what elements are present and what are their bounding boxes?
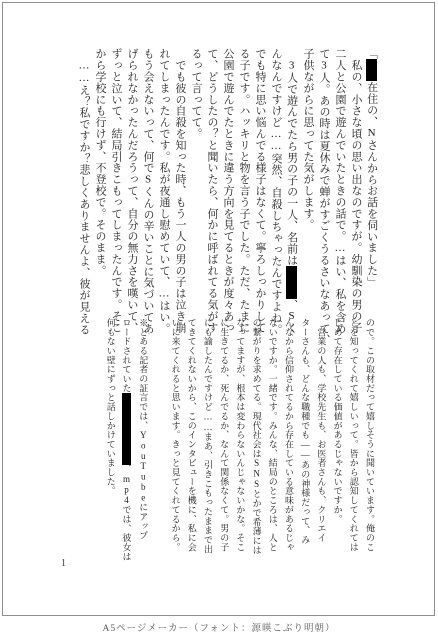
text-column: る子です。ハッキリと物を言う子でした。ただ、たまに [238, 48, 249, 333]
text-column: ずっと泣いて、結局引きこもってしまったんです。そこ [110, 48, 121, 333]
text-column: ので。この取材だって嬉しそうに聞いています。俺のこ [365, 318, 374, 552]
text-column: 私の、小さな頃の思い出なのですが。幼馴染の男の子 [350, 48, 361, 333]
text-column: の繋がりを求めてる。現代社会はSNSとかで希薄には [252, 318, 261, 555]
redaction-box [366, 59, 376, 81]
document-page: 「在住の、Nさんからお話を伺いました」 私の、小さな頃の思い出なのですが。幼馴染… [2, 2, 435, 616]
redaction-box [286, 266, 296, 299]
text-column: なってますが、根本は変わらないんじゃないかな。そこ [235, 318, 244, 552]
redaction-box [122, 393, 131, 465]
text-column: でも彼の自殺を知った時、もう一人の男の子は泣き崩 [174, 48, 185, 333]
text-column: んなから信仰されてるから存在している意味があるじゃ [284, 318, 293, 552]
footer-caption: A5ページメーカー（フォント：源暎こぶり明朝） [0, 620, 438, 634]
text-column: ロードされていた．mp4では、彼女は [122, 318, 131, 561]
text-column: るって言ってて。 [190, 48, 201, 139]
text-column: げられなかったんだろうって、自分の無力さを嘆いて、 [126, 48, 137, 333]
text-column: 何もない壁にずっと話しかけていました。 [106, 318, 115, 496]
text-column: て、どうしたの？と聞いたら、何かに呼ばれてる気がす [206, 48, 217, 333]
text-column: 公園で遊んでたときに違う方向を見てるときが度々あっ [222, 48, 233, 333]
text-column: 二人と公園で遊んでいたときの話で。…はい、私を含め [334, 48, 345, 334]
text-column: から学校にも行けず、不登校で。そのまま。 [94, 48, 105, 276]
text-column: にも諭したんですけど……まあ、引きこもったままで出 [203, 318, 212, 554]
app-canvas: 「在住の、Nさんからお話を伺いました」 私の、小さな頃の思い出なのですが。幼馴染… [0, 0, 438, 640]
page-number: 1 [61, 558, 66, 569]
text-column: て3人。あの時は夏休みで蝉がすごくうるさいなあって、 [318, 48, 329, 345]
text-column: ※とある記者の証言では、YouTubeにアップ [138, 318, 147, 540]
text-column: んなんですけど……突然、自殺しちゃったんですよね。 [270, 48, 281, 335]
text-column: とを知ってくれて嬉しいって。皆から認知してくれては [349, 318, 358, 552]
text-column: てきてくれないから、このインタビューを機に、私に会 [187, 318, 196, 552]
text-column: れてしまったんです。私が夜通し慰めていて、…はい。 [158, 48, 169, 334]
text-column: 3人で遊んでたら男の子の一人、名前は、Sく [286, 48, 297, 334]
text-column: いに来てくれると思います。きっと見てくれてるから。 [171, 318, 180, 552]
text-column: もう会えないって、何でSくんの辛いことに気づいてあ [142, 48, 153, 334]
text-column: ……え？私ですか？悲しくありませんよ、彼が見える [78, 48, 89, 335]
text-column: じめて存在している価値があるじゃないですか。 [333, 318, 342, 524]
text-column: に生きてるか、死んでるか、なんて関係なくて。男の子 [219, 318, 228, 552]
text-column: 営業の人も、学校先生も、お医者さんも、クリエイ [316, 318, 325, 542]
text-column: ないですか。一緒です。みんな、結局のところは、人と [268, 318, 277, 552]
text-column: でも特に思い悩んでる様子はなくて。寧ろしっかりして [254, 48, 265, 333]
text-column: 子供ながらに思ってた気がします。 [302, 48, 313, 230]
text-column: ターさんも、どんな職種でも――あの神様だって、み [300, 318, 309, 544]
text-column: 「在住の、Nさんからお話を伺いました」 [366, 48, 377, 288]
